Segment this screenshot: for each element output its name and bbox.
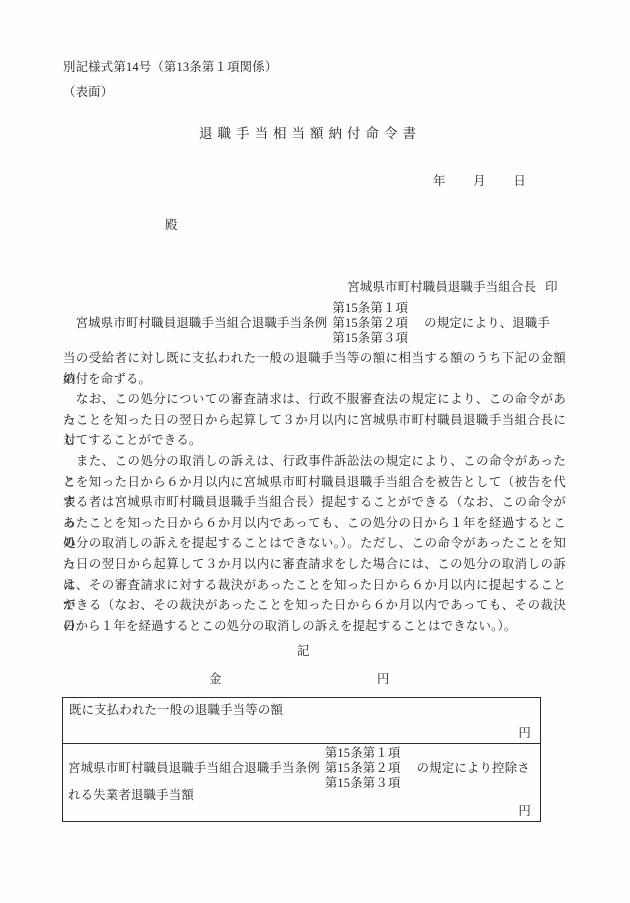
article-item: 第15条第３項 [332, 331, 408, 346]
body-line: 納付を命ずる。 [63, 369, 566, 390]
seal-mark: 印 [545, 280, 558, 294]
article-item: 第15条第３項 [325, 776, 401, 791]
row1-label: 既に支払われた一般の退職手当等の額 [69, 700, 283, 721]
body-line: 日から１年を経過するとこの処分の取消しの訴えを提起することはできない。）。 [63, 616, 566, 637]
ki-heading: 記 [297, 641, 310, 662]
table-row-paid-amount: 既に支払われた一般の退職手当等の額 円 [63, 698, 540, 744]
addressee-honorific: 殿 [165, 215, 178, 236]
ordinance-tail: の規定により、退職手 [424, 313, 550, 334]
row2-tail: の規定により控除さ [417, 758, 530, 779]
amount-table: 既に支払われた一般の退職手当等の額 円 宮城県市町村職員退職手当組合退職手当条例… [62, 697, 541, 822]
body-line: してすることができる。 [63, 430, 566, 451]
body-line: 処分の取消しの訴えを提起することはできない。）。ただし、この命令があったことを知… [63, 533, 566, 554]
article-item: 第15条第２項 [325, 761, 401, 776]
issuer-name: 宮城県市町村職員退職手当組合長 [347, 280, 536, 294]
body-line: ったことを知った日から６か月以内であっても、この処分の日から１年を経過するとこの [63, 513, 566, 534]
body-line: は、その審査請求に対する裁決があったことを知った日から６か月以内に提起することが [63, 575, 566, 596]
body-line: た日の翌日から起算して３か月以内に審査請求をした場合には、この処分の取消しの訴え [63, 554, 566, 575]
body-line: とを知った日から６か月以内に宮城県市町村職員退職手当組合を被告として（被告を代表 [63, 472, 566, 493]
article-item: 第15条第１項 [325, 746, 401, 761]
body-text: 当の受給者に対し既に支払われた一般の退職手当等の額に相当する額のうち下記の金額の… [63, 348, 566, 636]
ordinance-lead: 宮城県市町村職員退職手当組合退職手当条例 [63, 313, 327, 334]
article-item-stack: 第15条第１項 第15条第２項 第15条第３項 [332, 301, 408, 346]
amount-kin-label: 金 [209, 669, 222, 690]
body-line: する者は宮城県市町村職員退職手当組合長）提起することができる（なお、この命令があ [63, 492, 566, 513]
article-item: 第15条第２項 [332, 316, 408, 331]
row2-ordinance-clause: 宮城県市町村職員退職手当組合退職手当条例 第15条第１項 第15条第２項 第15… [68, 746, 530, 791]
document-page: 別記様式第14号（第13条第１項関係） （表面） 退職手当相当額納付命令書 年 … [0, 0, 630, 903]
row1-yen-unit: 円 [518, 726, 531, 741]
body-line: 当の受給者に対し既に支払われた一般の退職手当等の額に相当する額のうち下記の金額の [63, 348, 566, 369]
ordinance-clause: 宮城県市町村職員退職手当組合退職手当条例 第15条第１項 第15条第２項 第15… [63, 301, 550, 346]
body-line: できる（なお、その裁決があったことを知った日から６か月以内であっても、その裁決の [63, 595, 566, 616]
row2-article-item-stack: 第15条第１項 第15条第２項 第15条第３項 [325, 746, 401, 791]
form-number: 別記様式第14号（第13条第１項関係） [63, 57, 277, 78]
document-title: 退職手当相当額納付命令書 [199, 124, 421, 145]
body-line: なお、この処分についての審査請求は、行政不服審査法の規定により、この命令があっ [63, 389, 566, 410]
row2-yen-unit: 円 [518, 804, 531, 819]
article-item: 第15条第１項 [332, 301, 408, 316]
surface-label: （表面） [63, 82, 113, 103]
row2-continuation: れる失業者退職手当額 [68, 788, 194, 803]
row2-lead: 宮城県市町村職員退職手当組合退職手当条例 [68, 758, 320, 779]
amount-yen-label: 円 [377, 669, 390, 690]
table-row-deducted-amount: 宮城県市町村職員退職手当組合退職手当条例 第15条第１項 第15条第２項 第15… [63, 744, 540, 821]
date-line: 年 月 日 [433, 171, 527, 192]
body-line: また、この処分の取消しの訴えは、行政事件訴訟法の規定により、この命令があったこ [63, 451, 566, 472]
body-line: たことを知った日の翌日から起算して３か月以内に宮城県市町村職員退職手当組合長に対 [63, 410, 566, 431]
